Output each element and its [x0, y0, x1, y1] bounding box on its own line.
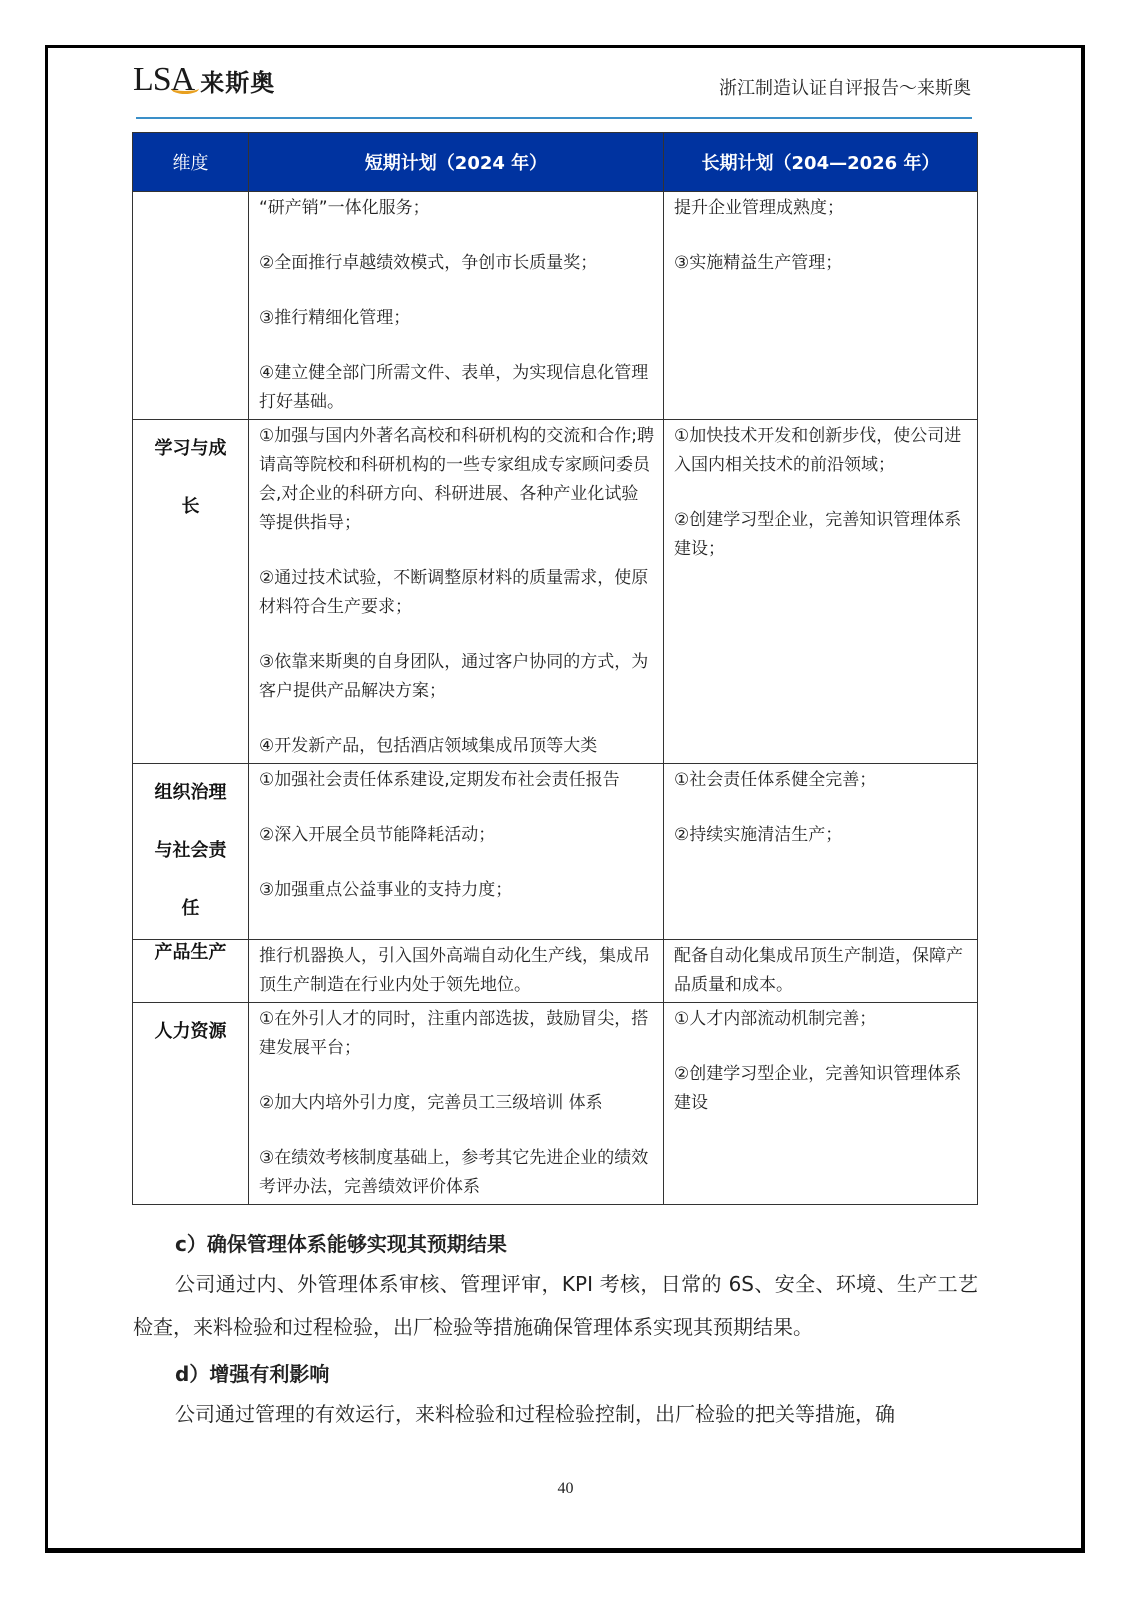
table-row: “研产销”一体化服务； ②全面推行卓越绩效模式，争创市长质量奖； ③推行精细化管…: [133, 192, 978, 420]
header-divider: [136, 117, 972, 119]
section-c: c）确保管理体系能够实现其预期结果 公司通过内、外管理体系审核、管理评审，KPI…: [133, 1228, 978, 1349]
plan-item: ②创建学习型企业，完善知识管理体系 建设: [674, 1060, 969, 1118]
plan-item: 提升企业管理成熟度；: [674, 194, 969, 223]
dimension-label-line: 学习与成: [137, 420, 244, 478]
section-c-paragraph: 公司通过内、外管理体系审核、管理评审，KPI 考核，日常的 6S、安全、环境、生…: [133, 1263, 978, 1349]
section-d: d）增强有利影响 公司通过管理的有效运行，来料检验和过程检验控制，出厂检验的把关…: [133, 1358, 978, 1436]
plan-item: ③推行精细化管理；: [259, 304, 655, 333]
short-term-cell: ①在外引人才的同时，注重内部选拔，鼓励冒尖，搭建发展平台； ②加大内培外引力度，…: [249, 1003, 664, 1205]
logo-chinese: 来斯奥: [200, 63, 275, 98]
dimension-label-line: 与社会责: [137, 822, 244, 880]
long-term-cell: 配备自动化集成吊顶生产制造，保障产品质量和成本。: [664, 940, 978, 1003]
dimension-cell: 产品生产: [133, 940, 249, 1003]
plan-item: 配备自动化集成吊顶生产制造，保障产品质量和成本。: [674, 942, 969, 1000]
plan-item: ②持续实施清洁生产；: [674, 821, 969, 850]
plan-item: ②加大内培外引力度，完善员工三级培训 体系: [259, 1089, 655, 1118]
plan-item: ①社会责任体系健全完善；: [674, 766, 969, 795]
long-term-cell: ①加快技术开发和创新步伐，使公司进入国内相关技术的前沿领域； ②创建学习型企业，…: [664, 420, 978, 764]
table-header-row: 维度 短期计划（2024 年） 长期计划（204—2026 年）: [133, 133, 978, 192]
short-term-cell: ①加强与国内外著名高校和科研机构的交流和合作;聘请高等院校和科研机构的一些专家组…: [249, 420, 664, 764]
company-logo: LSA 来斯奥: [133, 60, 275, 100]
dimension-label-line: 产品生产: [137, 940, 244, 966]
page-number: 40: [0, 1480, 1131, 1498]
plan-item: “研产销”一体化服务；: [259, 194, 655, 223]
plan-item: ③加强重点公益事业的支持力度；: [259, 876, 655, 905]
column-header-dimension: 维度: [133, 133, 249, 192]
dimension-cell: 学习与成 长: [133, 420, 249, 764]
column-header-short-term: 短期计划（2024 年）: [249, 133, 664, 192]
dimension-cell: [133, 192, 249, 420]
table-row: 学习与成 长 ①加强与国内外著名高校和科研机构的交流和合作;聘请高等院校和科研机…: [133, 420, 978, 764]
short-term-cell: ①加强社会责任体系建设,定期发布社会责任报告 ②深入开展全员节能降耗活动； ③加…: [249, 764, 664, 940]
table-row: 组织治理 与社会责 任 ①加强社会责任体系建设,定期发布社会责任报告 ②深入开展…: [133, 764, 978, 940]
section-d-heading: d）增强有利影响: [133, 1358, 978, 1387]
document-title: 浙江制造认证自评报告～来斯奥: [719, 74, 971, 100]
plan-item: ②深入开展全员节能降耗活动；: [259, 821, 655, 850]
plan-item: ②全面推行卓越绩效模式，争创市长质量奖；: [259, 249, 655, 278]
short-term-cell: “研产销”一体化服务； ②全面推行卓越绩效模式，争创市长质量奖； ③推行精细化管…: [249, 192, 664, 420]
table-row: 人力资源 ①在外引人才的同时，注重内部选拔，鼓励冒尖，搭建发展平台； ②加大内培…: [133, 1003, 978, 1205]
plan-item: ③在绩效考核制度基础上，参考其它先进企业的绩效考评办法，完善绩效评价体系: [259, 1144, 655, 1202]
plan-item: ①在外引人才的同时，注重内部选拔，鼓励冒尖，搭建发展平台；: [259, 1005, 655, 1063]
dimension-label-line: 组织治理: [137, 764, 244, 822]
plan-item: ①加快技术开发和创新步伐，使公司进入国内相关技术的前沿领域；: [674, 422, 969, 480]
logo-swoosh-icon: [171, 83, 199, 94]
long-term-cell: ①人才内部流动机制完善； ②创建学习型企业，完善知识管理体系 建设: [664, 1003, 978, 1205]
plan-item: ②创建学习型企业，完善知识管理体系建设；: [674, 506, 969, 564]
plan-table: 维度 短期计划（2024 年） 长期计划（204—2026 年） “研产销”一体…: [132, 132, 978, 1205]
long-term-cell: 提升企业管理成熟度； ③实施精益生产管理；: [664, 192, 978, 420]
plan-item: ①人才内部流动机制完善；: [674, 1005, 969, 1034]
column-header-long-term: 长期计划（204—2026 年）: [664, 133, 978, 192]
plan-item: ②通过技术试验，不断调整原材料的质量需求，使原材料符合生产要求；: [259, 564, 655, 622]
plan-item: ③实施精益生产管理；: [674, 249, 969, 278]
plan-item: ①加强社会责任体系建设,定期发布社会责任报告: [259, 766, 655, 795]
plan-item: ④建立健全部门所需文件、表单，为实现信息化管理打好基础。: [259, 359, 655, 417]
plan-item: 推行机器换人，引入国外高端自动化生产线，集成吊顶生产制造在行业内处于领先地位。: [259, 942, 655, 1000]
dimension-cell: 组织治理 与社会责 任: [133, 764, 249, 940]
short-term-cell: 推行机器换人，引入国外高端自动化生产线，集成吊顶生产制造在行业内处于领先地位。: [249, 940, 664, 1003]
logo-latin: LSA: [133, 61, 194, 99]
dimension-label-line: 长: [137, 478, 244, 536]
dimension-label-line: 人力资源: [137, 1003, 244, 1061]
plan-item: ④开发新产品，包括酒店领域集成吊顶等大类: [259, 732, 655, 761]
section-c-heading: c）确保管理体系能够实现其预期结果: [133, 1228, 978, 1257]
section-d-paragraph: 公司通过管理的有效运行，来料检验和过程检验控制，出厂检验的把关等措施，确: [133, 1393, 978, 1436]
long-term-cell: ①社会责任体系健全完善； ②持续实施清洁生产；: [664, 764, 978, 940]
plan-item: ③依靠来斯奥的自身团队，通过客户协同的方式，为客户提供产品解决方案；: [259, 648, 655, 706]
table-row: 产品生产 推行机器换人，引入国外高端自动化生产线，集成吊顶生产制造在行业内处于领…: [133, 940, 978, 1003]
dimension-cell: 人力资源: [133, 1003, 249, 1205]
dimension-label-line: 任: [137, 880, 244, 938]
plan-item: ①加强与国内外著名高校和科研机构的交流和合作;聘请高等院校和科研机构的一些专家组…: [259, 422, 655, 538]
